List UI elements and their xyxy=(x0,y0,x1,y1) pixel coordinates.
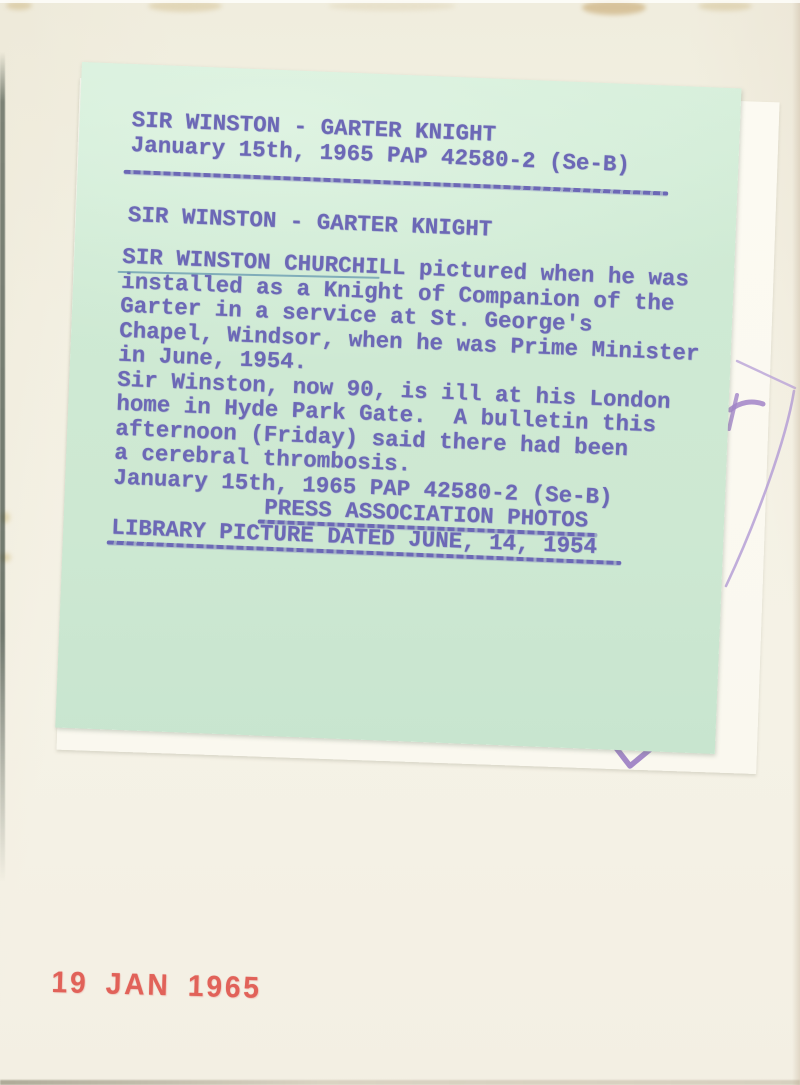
caption-card: SIR WINSTON - GARTER KNIGHT January 15th… xyxy=(55,62,741,754)
pen-mark-line xyxy=(737,361,795,388)
photo-top-edge xyxy=(0,0,800,3)
photo-left-edge xyxy=(0,52,5,882)
pen-mark-diagonal xyxy=(726,391,794,586)
card-subject-line: SIR WINSTON - GARTER KNIGHT xyxy=(127,203,492,242)
date-stamp: 19 JAN 1965 xyxy=(51,966,262,1006)
photo-right-edge xyxy=(792,0,800,1085)
photo-bottom-edge xyxy=(0,1080,800,1085)
photo-background: SIR WINSTON - GARTER KNIGHT January 15th… xyxy=(0,0,800,1085)
